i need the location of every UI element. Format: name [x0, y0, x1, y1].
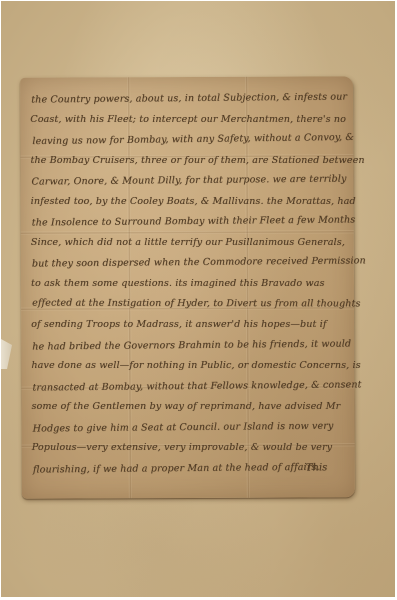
- letter-line: Populous—very extensive, very improvable…: [32, 438, 352, 459]
- letter-line: the Country powers, about us, in total S…: [31, 87, 351, 111]
- catchword: This: [305, 462, 327, 473]
- letter-line: effected at the Instigation of Hyder, to…: [32, 294, 352, 315]
- letter-line: have done as well—for nothing in Public,…: [31, 356, 351, 377]
- letter-line: he had bribed the Governors Brahmin to b…: [32, 334, 352, 358]
- letter-line: Carwar, Onore, & Mount Dilly, for that p…: [31, 170, 351, 194]
- letter-line: Hodges to give him a Seat at Council. ou…: [33, 416, 353, 440]
- letter-line: transacted at Bombay, without that Fello…: [32, 375, 352, 399]
- letter-line: Coast, with his Fleet; to intercept our …: [30, 110, 350, 131]
- letter-line: leaving us now for Bombay, with any Safe…: [32, 128, 352, 153]
- letter-line: infested too, by the Cooley Boats, & Mal…: [31, 192, 351, 213]
- letter-line: some of the Gentlemen by way of repriman…: [32, 397, 352, 418]
- letter-text: the Country powers, about us, in total S…: [30, 88, 352, 480]
- letter-line: of sending Troops to Madrass, it answer'…: [31, 315, 351, 336]
- letter-line: the Insolence to Surround Bombay with th…: [32, 211, 352, 235]
- letter-line: the Bombay Cruisers, three or four of th…: [30, 151, 350, 172]
- letter-line: Since, which did not a little terrify ou…: [31, 233, 351, 254]
- book-page-photo: the Country powers, about us, in total S…: [1, 1, 395, 597]
- letter-line: but they soon dispersed when the Commodo…: [32, 252, 352, 276]
- page-edge-fragment: [1, 339, 12, 369]
- letter-line: to ask them some questions. its imagined…: [31, 274, 351, 295]
- manuscript-letter: the Country powers, about us, in total S…: [20, 76, 355, 498]
